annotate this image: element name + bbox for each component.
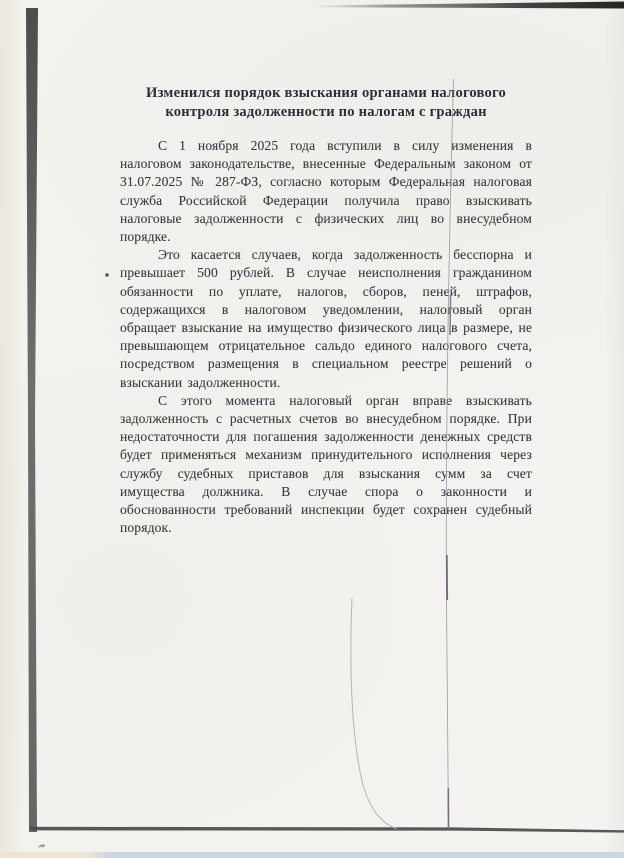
document-title: Изменился порядок взыскания органами нал… xyxy=(120,84,532,121)
scanner-bed-strip xyxy=(0,852,624,858)
paragraph-enforcement-procedure: С этого момента налоговый орган вправе в… xyxy=(120,392,532,538)
paragraph-debt-conditions: Это касается случаев, когда задолженност… xyxy=(120,246,532,392)
scanned-document-page: Изменился порядок взыскания органами нал… xyxy=(0,0,624,858)
paragraph-intro-law-change: С 1 ноября 2025 года вступили в силу изм… xyxy=(120,137,532,246)
document-content: Изменился порядок взыскания органами нал… xyxy=(120,84,532,537)
title-line-1: Изменился порядок взыскания органами нал… xyxy=(126,84,526,103)
title-line-2: контроля задолженности по налогам с граж… xyxy=(126,103,526,122)
